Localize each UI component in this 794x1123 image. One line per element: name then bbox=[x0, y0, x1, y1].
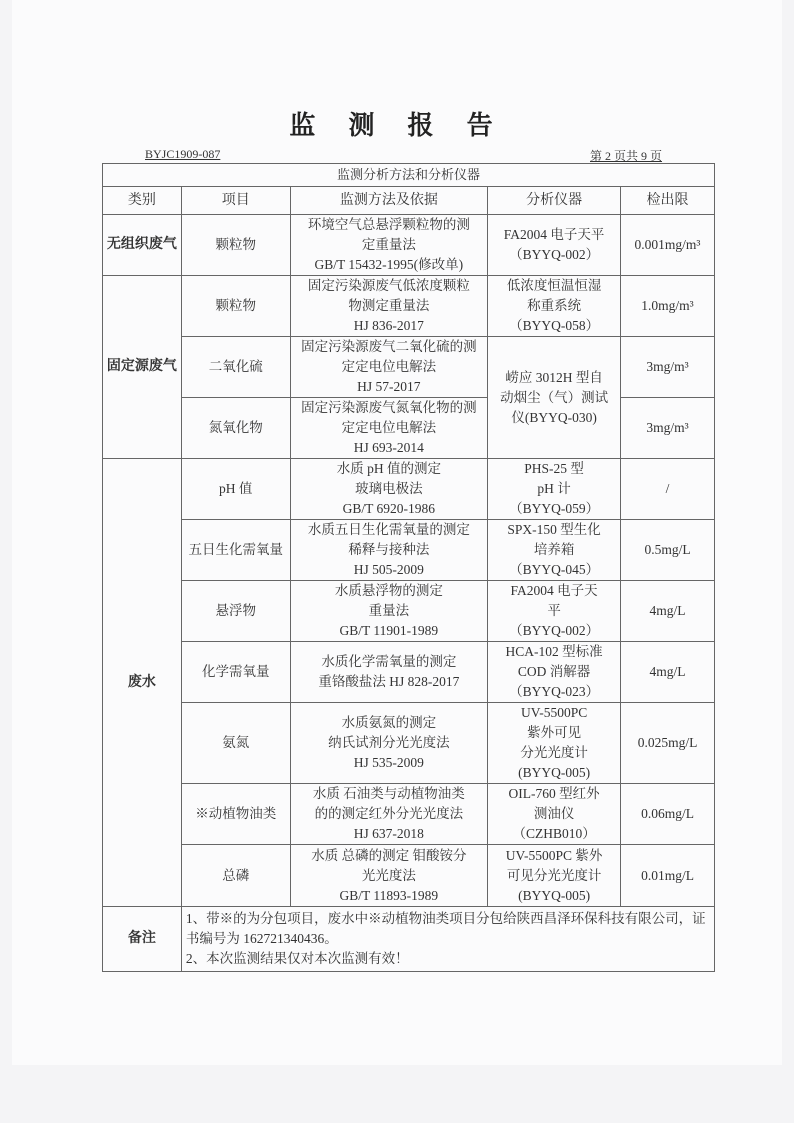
instrument-line: OIL-760 型红外 bbox=[491, 784, 617, 804]
method-line: 重量法 bbox=[294, 601, 485, 621]
instrument-cell: OIL-760 型红外测油仪（CZHB010） bbox=[488, 784, 621, 845]
instrument-line: UV-5500PC bbox=[491, 703, 617, 723]
table-row: 悬浮物水质悬浮物的测定重量法GB/T 11901-1989FA2004 电子天平… bbox=[103, 581, 715, 642]
method-cell: 水质 石油类与动植物油类的的测定红外分光光度法HJ 637-2018 bbox=[290, 784, 488, 845]
item-cell: 二氧化硫 bbox=[181, 337, 290, 398]
instrument-line: （BYYQ-059） bbox=[491, 499, 617, 519]
item-cell: ※动植物油类 bbox=[181, 784, 290, 845]
item-cell: 总磷 bbox=[181, 845, 290, 907]
table-row: 氨氮水质氨氮的测定纳氏试剂分光光度法HJ 535-2009UV-5500PC紫外… bbox=[103, 703, 715, 784]
method-cell: 固定污染源废气二氧化硫的测定定电位电解法HJ 57-2017 bbox=[290, 337, 488, 398]
method-cell: 水质 pH 值的测定玻璃电极法GB/T 6920-1986 bbox=[290, 459, 488, 520]
item-cell: 颗粒物 bbox=[181, 276, 290, 337]
method-cell: 水质氨氮的测定纳氏试剂分光光度法HJ 535-2009 bbox=[290, 703, 488, 784]
table-row: ※动植物油类水质 石油类与动植物油类的的测定红外分光光度法HJ 637-2018… bbox=[103, 784, 715, 845]
category-cell-fugitive-gas: 无组织废气 bbox=[103, 215, 182, 276]
instrument-line: pH 计 bbox=[491, 479, 617, 499]
report-code: BYJC1909-087 bbox=[145, 147, 220, 162]
instrument-line: 称重系统 bbox=[491, 296, 617, 316]
method-line: 稀释与接种法 bbox=[294, 540, 485, 560]
instrument-line: 低浓度恒温恒湿 bbox=[491, 276, 617, 296]
instrument-cell: UV-5500PC 紫外可见分光光度计(BYYQ-005) bbox=[488, 845, 621, 907]
instrument-line: FA2004 电子天平 bbox=[491, 225, 617, 245]
method-line: 水质 石油类与动植物油类 bbox=[294, 784, 485, 804]
detection-limit-cell: 0.5mg/L bbox=[621, 520, 715, 581]
detection-limit-cell: 4mg/L bbox=[621, 581, 715, 642]
instrument-line: （CZHB010） bbox=[491, 824, 617, 844]
remarks-row: 备注 1、带※的为分包项目，废水中※动植物油类项目分包给陕西昌泽环保科技有限公司… bbox=[103, 907, 715, 972]
method-line: 定重量法 bbox=[294, 235, 485, 255]
method-line: HJ 505-2009 bbox=[294, 560, 485, 580]
instrument-line: 培养箱 bbox=[491, 540, 617, 560]
instrument-line: （BYYQ-002） bbox=[491, 245, 617, 265]
method-cell: 水质化学需氧量的测定重铬酸盐法 HJ 828-2017 bbox=[290, 642, 488, 703]
instrument-line: FA2004 电子天 bbox=[491, 581, 617, 601]
method-line: GB/T 6920-1986 bbox=[294, 499, 485, 519]
method-line: GB/T 15432-1995(修改单) bbox=[294, 255, 485, 275]
method-line: 纳氏试剂分光光度法 bbox=[294, 733, 485, 753]
method-cell: 环境空气总悬浮颗粒物的测定重量法GB/T 15432-1995(修改单) bbox=[290, 215, 488, 276]
method-cell: 水质五日生化需氧量的测定稀释与接种法HJ 505-2009 bbox=[290, 520, 488, 581]
method-cell: 固定污染源废气低浓度颗粒物测定重量法HJ 836-2017 bbox=[290, 276, 488, 337]
instrument-cell: HCA-102 型标准COD 消解器（BYYQ-023） bbox=[488, 642, 621, 703]
instrument-line: （BYYQ-023） bbox=[491, 682, 617, 702]
item-cell: pH 值 bbox=[181, 459, 290, 520]
method-line: 环境空气总悬浮颗粒物的测 bbox=[294, 215, 485, 235]
category-cell-stationary-gas: 固定源废气 bbox=[103, 276, 182, 459]
table-row: 总磷水质 总磷的测定 钼酸铵分光光度法GB/T 11893-1989UV-550… bbox=[103, 845, 715, 907]
instrument-cell: UV-5500PC紫外可见分光光度计(BYYQ-005) bbox=[488, 703, 621, 784]
method-line: 水质 pH 值的测定 bbox=[294, 459, 485, 479]
detection-limit-cell: 0.01mg/L bbox=[621, 845, 715, 907]
instrument-line: HCA-102 型标准 bbox=[491, 642, 617, 662]
method-cell: 水质悬浮物的测定重量法GB/T 11901-1989 bbox=[290, 581, 488, 642]
instrument-line: (BYYQ-005) bbox=[491, 886, 617, 906]
detection-limit-cell: 1.0mg/m³ bbox=[621, 276, 715, 337]
instrument-line: （BYYQ-002） bbox=[491, 621, 617, 641]
instrument-line: 分光光度计 bbox=[491, 743, 617, 763]
header-method: 监测方法及依据 bbox=[290, 187, 488, 215]
instrument-line: （BYYQ-045） bbox=[491, 560, 617, 580]
instrument-cell: 崂应 3012H 型自动烟尘（气）测试仪(BYYQ-030) bbox=[488, 337, 621, 459]
instrument-line: （BYYQ-058） bbox=[491, 316, 617, 336]
table-row: 五日生化需氧量水质五日生化需氧量的测定稀释与接种法HJ 505-2009SPX-… bbox=[103, 520, 715, 581]
method-line: 水质五日生化需氧量的测定 bbox=[294, 520, 485, 540]
detection-limit-cell: 3mg/m³ bbox=[621, 398, 715, 459]
instrument-cell: PHS-25 型pH 计（BYYQ-059） bbox=[488, 459, 621, 520]
method-cell: 水质 总磷的测定 钼酸铵分光光度法GB/T 11893-1989 bbox=[290, 845, 488, 907]
item-cell: 氮氧化物 bbox=[181, 398, 290, 459]
method-line: HJ 637-2018 bbox=[294, 824, 485, 844]
page-number: 第 2 页共 9 页 bbox=[590, 147, 662, 164]
header-instrument: 分析仪器 bbox=[488, 187, 621, 215]
detection-limit-cell: 0.001mg/m³ bbox=[621, 215, 715, 276]
method-line: 固定污染源废气氮氧化物的测 bbox=[294, 398, 485, 418]
method-cell: 固定污染源废气氮氧化物的测定定电位电解法HJ 693-2014 bbox=[290, 398, 488, 459]
instrument-line: 动烟尘（气）测试 bbox=[491, 388, 617, 408]
detection-limit-cell: 4mg/L bbox=[621, 642, 715, 703]
item-cell: 颗粒物 bbox=[181, 215, 290, 276]
instrument-line: SPX-150 型生化 bbox=[491, 520, 617, 540]
header-item: 项目 bbox=[181, 187, 290, 215]
methods-table: 监测分析方法和分析仪器 类别 项目 监测方法及依据 分析仪器 检出限 无组织废气… bbox=[102, 163, 715, 972]
method-line: 固定污染源废气低浓度颗粒 bbox=[294, 276, 485, 296]
method-line: HJ 57-2017 bbox=[294, 377, 485, 397]
remarks-text: 1、带※的为分包项目，废水中※动植物油类项目分包给陕西昌泽环保科技有限公司，证书… bbox=[181, 907, 714, 972]
remark-line: 1、带※的为分包项目，废水中※动植物油类项目分包给陕西昌泽环保科技有限公司，证书… bbox=[186, 909, 710, 949]
table-caption: 监测分析方法和分析仪器 bbox=[103, 164, 715, 187]
table-row: 固定源废气颗粒物固定污染源废气低浓度颗粒物测定重量法HJ 836-2017低浓度… bbox=[103, 276, 715, 337]
instrument-line: PHS-25 型 bbox=[491, 459, 617, 479]
instrument-line: 可见分光光度计 bbox=[491, 866, 617, 886]
method-line: 水质化学需氧量的测定 bbox=[294, 652, 485, 672]
detection-limit-cell: 3mg/m³ bbox=[621, 337, 715, 398]
method-line: 的的测定红外分光光度法 bbox=[294, 804, 485, 824]
item-cell: 氨氮 bbox=[181, 703, 290, 784]
instrument-line: 仪(BYYQ-030) bbox=[491, 408, 617, 428]
report-title: 监 测 报 告 bbox=[0, 105, 794, 142]
method-line: GB/T 11893-1989 bbox=[294, 886, 485, 906]
category-cell-wastewater: 废水 bbox=[103, 459, 182, 907]
instrument-cell: FA2004 电子天平（BYYQ-002） bbox=[488, 581, 621, 642]
method-line: HJ 693-2014 bbox=[294, 438, 485, 458]
method-line: 光光度法 bbox=[294, 866, 485, 886]
table-row: 二氧化硫固定污染源废气二氧化硫的测定定电位电解法HJ 57-2017崂应 301… bbox=[103, 337, 715, 398]
method-line: 定定电位电解法 bbox=[294, 357, 485, 377]
instrument-line: UV-5500PC 紫外 bbox=[491, 846, 617, 866]
method-line: GB/T 11901-1989 bbox=[294, 621, 485, 641]
method-line: 水质 总磷的测定 钼酸铵分 bbox=[294, 846, 485, 866]
method-line: 定定电位电解法 bbox=[294, 418, 485, 438]
method-line: 重铬酸盐法 HJ 828-2017 bbox=[294, 672, 485, 692]
item-cell: 五日生化需氧量 bbox=[181, 520, 290, 581]
item-cell: 化学需氧量 bbox=[181, 642, 290, 703]
remarks-label: 备注 bbox=[103, 907, 182, 972]
method-line: 固定污染源废气二氧化硫的测 bbox=[294, 337, 485, 357]
method-line: HJ 535-2009 bbox=[294, 753, 485, 773]
instrument-cell: FA2004 电子天平（BYYQ-002） bbox=[488, 215, 621, 276]
table-row: 废水pH 值水质 pH 值的测定玻璃电极法GB/T 6920-1986PHS-2… bbox=[103, 459, 715, 520]
instrument-cell: 低浓度恒温恒湿称重系统（BYYQ-058） bbox=[488, 276, 621, 337]
header-category: 类别 bbox=[103, 187, 182, 215]
instrument-cell: SPX-150 型生化培养箱（BYYQ-045） bbox=[488, 520, 621, 581]
method-line: 水质氨氮的测定 bbox=[294, 713, 485, 733]
table-row: 无组织废气颗粒物环境空气总悬浮颗粒物的测定重量法GB/T 15432-1995(… bbox=[103, 215, 715, 276]
table-row: 氮氧化物固定污染源废气氮氧化物的测定定电位电解法HJ 693-20143mg/m… bbox=[103, 398, 715, 459]
instrument-line: (BYYQ-005) bbox=[491, 763, 617, 783]
instrument-line: 平 bbox=[491, 601, 617, 621]
method-line: 玻璃电极法 bbox=[294, 479, 485, 499]
detection-limit-cell: 0.025mg/L bbox=[621, 703, 715, 784]
detection-limit-cell: 0.06mg/L bbox=[621, 784, 715, 845]
remark-line: 2、本次监测结果仅对本次监测有效！ bbox=[186, 949, 710, 969]
method-line: 水质悬浮物的测定 bbox=[294, 581, 485, 601]
instrument-line: 测油仪 bbox=[491, 804, 617, 824]
table-row: 化学需氧量水质化学需氧量的测定重铬酸盐法 HJ 828-2017HCA-102 … bbox=[103, 642, 715, 703]
instrument-line: COD 消解器 bbox=[491, 662, 617, 682]
method-line: 物测定重量法 bbox=[294, 296, 485, 316]
instrument-line: 崂应 3012H 型自 bbox=[491, 368, 617, 388]
instrument-line: 紫外可见 bbox=[491, 723, 617, 743]
header-limit: 检出限 bbox=[621, 187, 715, 215]
method-line: HJ 836-2017 bbox=[294, 316, 485, 336]
item-cell: 悬浮物 bbox=[181, 581, 290, 642]
detection-limit-cell: / bbox=[621, 459, 715, 520]
